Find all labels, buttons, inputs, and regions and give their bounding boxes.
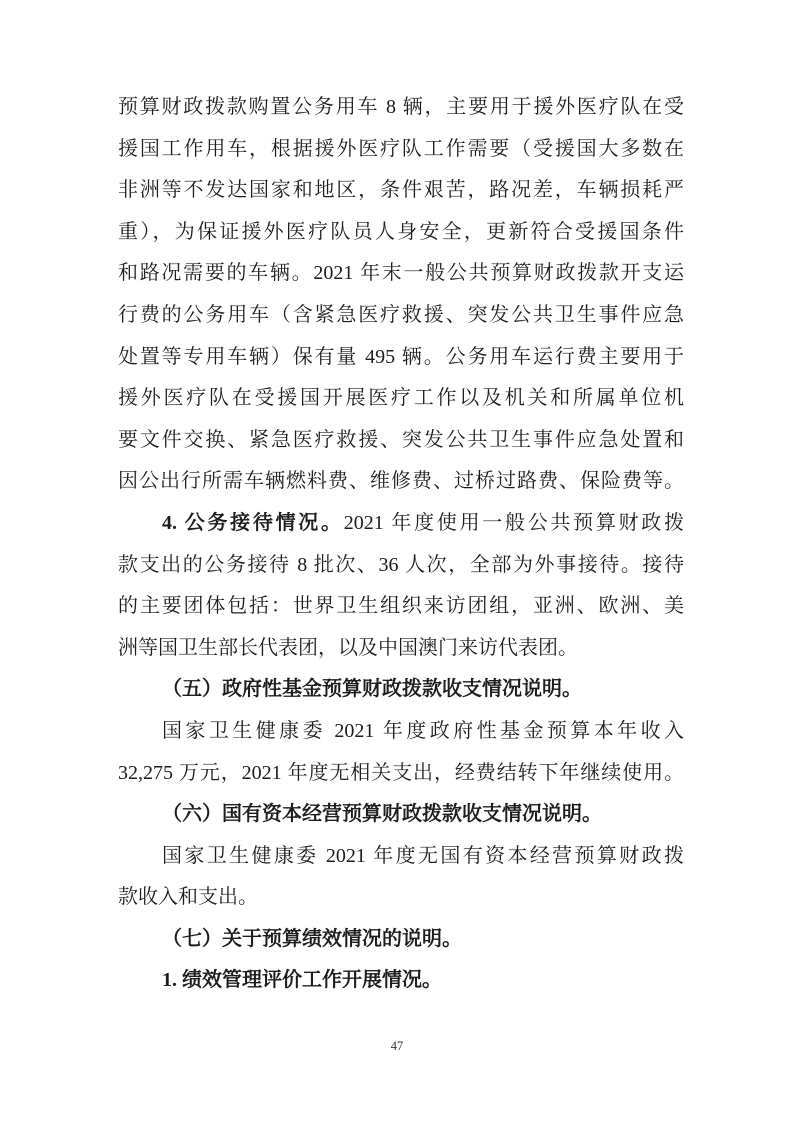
text-line: 款支出的公务接待 8 批次、36 人次，全部为外事接待。接待 — [118, 545, 684, 587]
body-text: 非洲等不发达国家和地区，条件艰苦，路况差，车辆损耗严 — [118, 179, 684, 201]
text-line: 因公出行所需车辆燃料费、维修费、过桥过路费、保险费等。 — [118, 461, 684, 503]
body-text: 援国工作用车，根据援外医疗队工作需要（受援国大多数在 — [118, 138, 684, 160]
document-page: 预算财政拨款购置公务用车 8 辆，主要用于援外医疗队在受援国工作用车，根据援外医… — [0, 0, 794, 1123]
body-text: 32,275 万元，2021 年度无相关支出，经费结转下年继续使用。 — [118, 762, 684, 784]
text-line: 和路况需要的车辆。2021 年末一般公共预算财政拨款开支运 — [118, 253, 684, 295]
text-line: 处置等专用车辆）保有量 495 辆。公务用车运行费主要用于 — [118, 337, 684, 379]
body-text: 的主要团体包括：世界卫生组织来访团组，亚洲、欧洲、美 — [118, 595, 684, 617]
text-line: 要文件交换、紧急医疗救援、突发公共卫生事件应急处置和 — [118, 420, 684, 462]
heading-text: （七）关于预算绩效情况的说明。 — [162, 928, 462, 950]
body-text: 款收入和支出。 — [118, 886, 258, 908]
text-line: 预算财政拨款购置公务用车 8 辆，主要用于援外医疗队在受 — [118, 87, 684, 129]
text-line: 重），为保证援外医疗队员人身安全，更新符合受援国条件 — [118, 212, 684, 254]
body-text: 要文件交换、紧急医疗救援、突发公共卫生事件应急处置和 — [118, 429, 684, 451]
text-line: （六）国有资本经营预算财政拨款收支情况说明。 — [118, 794, 684, 836]
body-text: 款支出的公务接待 8 批次、36 人次，全部为外事接待。接待 — [118, 554, 684, 576]
text-line: 行费的公务用车（含紧急医疗救援、突发公共卫生事件应急 — [118, 295, 684, 337]
text-line: 非洲等不发达国家和地区，条件艰苦，路况差，车辆损耗严 — [118, 170, 684, 212]
body-text: 因公出行所需车辆燃料费、维修费、过桥过路费、保险费等。 — [118, 470, 684, 492]
body-text: 洲等国卫生部长代表团，以及中国澳门来访代表团。 — [118, 637, 578, 659]
heading-text: （五）政府性基金预算财政拨款收支情况说明。 — [162, 678, 582, 700]
text-line: 的主要团体包括：世界卫生组织来访团组，亚洲、欧洲、美 — [118, 586, 684, 628]
text-line: 援国工作用车，根据援外医疗队工作需要（受援国大多数在 — [118, 129, 684, 171]
text-line: 洲等国卫生部长代表团，以及中国澳门来访代表团。 — [118, 628, 684, 670]
text-line: （七）关于预算绩效情况的说明。 — [118, 919, 684, 961]
text-line: 4. 公务接待情况。2021 年度使用一般公共预算财政拨 — [118, 503, 684, 545]
page-number: 47 — [0, 1039, 794, 1054]
body-text: 处置等专用车辆）保有量 495 辆。公务用车运行费主要用于 — [118, 346, 684, 368]
text-line: 1. 绩效管理评价工作开展情况。 — [118, 960, 684, 1002]
body-text: 国家卫生健康委 2021 年度无国有资本经营预算财政拨 — [162, 845, 684, 867]
text-line: 款收入和支出。 — [118, 877, 684, 919]
body-text: 重），为保证援外医疗队员人身安全，更新符合受援国条件 — [118, 221, 684, 243]
text-line: （五）政府性基金预算财政拨款收支情况说明。 — [118, 669, 684, 711]
text-line: 32,275 万元，2021 年度无相关支出，经费结转下年继续使用。 — [118, 753, 684, 795]
document-body: 预算财政拨款购置公务用车 8 辆，主要用于援外医疗队在受援国工作用车，根据援外医… — [118, 87, 684, 1002]
text-line: 国家卫生健康委 2021 年度无国有资本经营预算财政拨 — [118, 836, 684, 878]
body-text: 援外医疗队在受援国开展医疗工作以及机关和所属单位机 — [118, 387, 684, 409]
body-text: 行费的公务用车（含紧急医疗救援、突发公共卫生事件应急 — [118, 304, 684, 326]
body-text: 2021 年度使用一般公共预算财政拨 — [344, 512, 684, 534]
body-text: 国家卫生健康委 2021 年度政府性基金预算本年收入 — [162, 720, 684, 742]
heading-text: （六）国有资本经营预算财政拨款收支情况说明。 — [162, 803, 602, 825]
heading-text: 4. 公务接待情况。 — [162, 512, 344, 534]
text-line: 援外医疗队在受援国开展医疗工作以及机关和所属单位机 — [118, 378, 684, 420]
body-text: 预算财政拨款购置公务用车 8 辆，主要用于援外医疗队在受 — [118, 96, 684, 118]
text-line: 国家卫生健康委 2021 年度政府性基金预算本年收入 — [118, 711, 684, 753]
heading-text: 1. 绩效管理评价工作开展情况。 — [162, 969, 442, 991]
body-text: 和路况需要的车辆。2021 年末一般公共预算财政拨款开支运 — [118, 262, 684, 284]
